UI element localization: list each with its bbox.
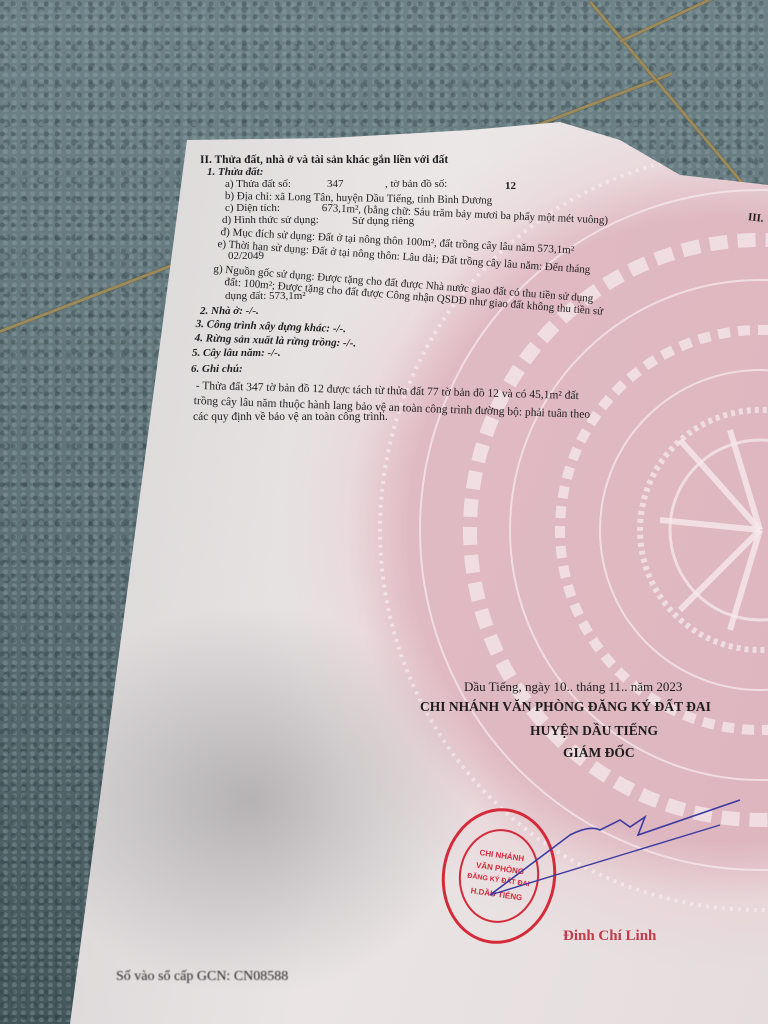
signature-scribble: [480, 795, 760, 905]
notes-heading: 6. Ghi chú:: [191, 363, 243, 376]
plot-number: 347: [327, 178, 344, 191]
signer-name: Đinh Chí Linh: [563, 930, 656, 943]
note-line: các quy định về bảo vệ an toàn công trìn…: [193, 411, 388, 424]
perennial-trees-item: 5. Cây lâu năm: -/-.: [192, 347, 281, 360]
next-section-fragment: III.: [747, 211, 764, 226]
place-date: Dầu Tiếng, ngày 10.. tháng 11.. năm 2023: [464, 680, 682, 693]
map-sheet-number: 12: [505, 180, 516, 193]
usage-origin-cont2: dụng đất: 573,1m²: [225, 290, 306, 303]
plot-number-label: a) Thửa đất số:: [225, 178, 291, 191]
usage-form-value: Sử dụng riêng: [352, 215, 414, 228]
map-sheet-label: , tờ bản đồ số:: [385, 178, 447, 191]
house-item: 2. Nhà ở: -/-.: [200, 305, 259, 318]
signer-title: GIÁM ĐỐC: [563, 746, 635, 759]
office-name-line1: CHI NHÁNH VĂN PHÒNG ĐĂNG KÝ ĐẤT ĐAI: [420, 700, 711, 713]
registry-number: Số vào sổ cấp GCN: CN08588: [116, 970, 288, 983]
usage-form-label: d) Hình thức sử dụng:: [222, 214, 319, 227]
office-name-line2: HUYỆN DẦU TIẾNG: [530, 724, 658, 737]
usage-term-end: 02/2049: [228, 250, 264, 263]
